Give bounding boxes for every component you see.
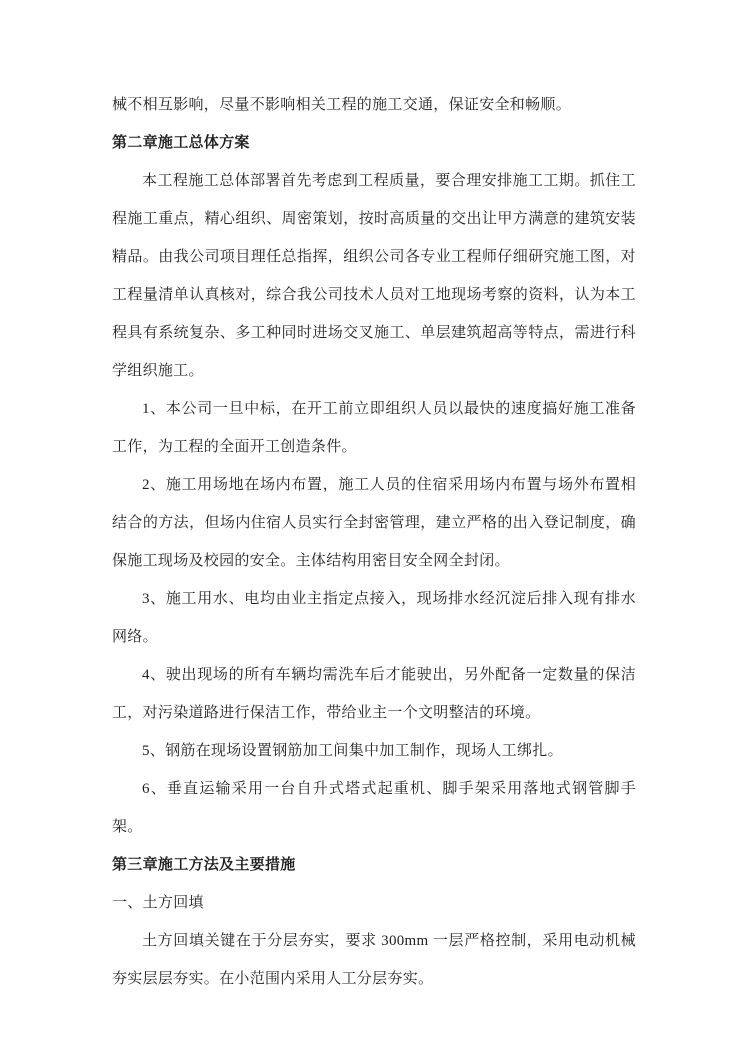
chapter-heading-3: 第三章施工方法及主要措施 — [112, 846, 636, 884]
section-heading-1: 一、土方回填 — [112, 884, 636, 922]
paragraph: 土方回填关键在于分层夯实，要求 300mm 一层严格控制，采用电动机械夯实层层夯… — [112, 922, 636, 998]
paragraph-continuation: 械不相互影响，尽量不影响相关工程的施工交通，保证安全和畅顺。 — [112, 86, 636, 124]
paragraph-item-6: 6、垂直运输采用一台自升式塔式起重机、脚手架采用落地式钢管脚手架。 — [112, 770, 636, 846]
paragraph-item-2: 2、施工用场地在场内布置，施工人员的住宿采用场内布置与场外布置相结合的方法，但场… — [112, 466, 636, 580]
paragraph-item-5: 5、钢筋在现场设置钢筋加工间集中加工制作，现场人工绑扎。 — [112, 732, 636, 770]
paragraph-item-4: 4、驶出现场的所有车辆均需洗车后才能驶出，另外配备一定数量的保洁工，对污染道路进… — [112, 656, 636, 732]
paragraph: 本工程施工总体部署首先考虑到工程质量，要合理安排施工工期。抓住工程施工重点，精心… — [112, 162, 636, 390]
chapter-heading-2: 第二章施工总体方案 — [112, 124, 636, 162]
paragraph-item-3: 3、施工用水、电均由业主指定点接入，现场排水经沉淀后排入现有排水网络。 — [112, 580, 636, 656]
document-page: 械不相互影响，尽量不影响相关工程的施工交通，保证安全和畅顺。 第二章施工总体方案… — [0, 0, 744, 1052]
paragraph-item-1: 1、本公司一旦中标，在开工前立即组织人员以最快的速度搞好施工准备工作，为工程的全… — [112, 390, 636, 466]
document-content: 械不相互影响，尽量不影响相关工程的施工交通，保证安全和畅顺。 第二章施工总体方案… — [112, 86, 636, 998]
